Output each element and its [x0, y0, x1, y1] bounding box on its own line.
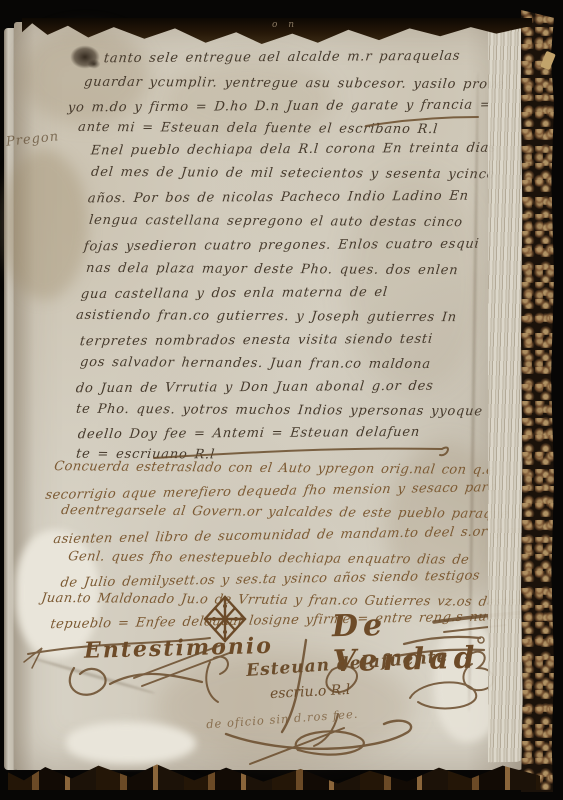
certification-line: deentregarsele al Govern.or yalcaldes de…	[60, 503, 529, 522]
body-line: yo m.do y firmo = D.ho D.n Juan de garat…	[67, 98, 492, 116]
certification-line: Concuerda estetraslado con el Auto ypreg…	[53, 459, 495, 478]
notarial-sign-icon	[202, 594, 248, 644]
body-line: fojas ysedieron cuatro pregones. Enlos c…	[83, 237, 480, 255]
torn-paper-patch	[66, 722, 196, 764]
certification-line: Genl. ques fho enestepueblo dechiapa enq…	[67, 549, 470, 568]
body-line: años. Por bos de nicolas Pacheco Indio L…	[87, 189, 469, 207]
body-line: lengua castellana sepregono el auto dest…	[88, 213, 463, 230]
manuscript-photo: Pregon tanto sele entregue ael alcalde m…	[0, 0, 563, 800]
body-line: do Juan de Vrrutia y Don Juan abonal g.o…	[75, 379, 434, 396]
body-line: deello Doy fee = Antemi = Esteuan delafu…	[77, 425, 421, 442]
certification-line: asienten enel libro de sucomunidad de ma…	[53, 524, 523, 547]
body-line: terpretes nombrados enesta visita siendo…	[79, 332, 434, 349]
ink-blot	[66, 42, 104, 72]
body-line: asistiendo fran.co gutierres. y Joseph g…	[75, 308, 457, 325]
body-line: tanto sele entregue ael alcalde m.r para…	[103, 49, 461, 66]
body-line: del mes de Junio de mil setecientos y se…	[90, 165, 496, 182]
top-edge-mark: o n	[272, 20, 298, 30]
marbled-cover-edge	[521, 10, 554, 792]
body-line: guardar ycumplir. yentregue asu subcesor…	[83, 75, 505, 93]
signature-footnote: de oficio sin d.ros fee.	[206, 707, 359, 732]
body-line: nas dela plaza mayor deste Pho. ques. do…	[85, 261, 459, 278]
margin-note: Pregon	[5, 129, 59, 149]
paper-stain	[0, 150, 88, 300]
notarial-sign-spacer	[283, 645, 323, 646]
signature-title: escriu.o R.l	[270, 682, 351, 702]
manuscript-page: Pregon tanto sele entregue ael alcalde m…	[14, 22, 528, 770]
certification-line: de Julio demilysett.os y ses.ta ysinco a…	[60, 568, 481, 590]
body-line: Enel pueblo dechiapa dela R.l corona En …	[90, 141, 497, 159]
body-line: ante mi = Esteuan dela fuente el escriba…	[77, 120, 438, 137]
body-line: gos salvador hernandes. Juan fran.co mal…	[79, 355, 431, 372]
page-stack-edges	[488, 24, 524, 762]
body-line: te Pho. ques. yotros muchos Indios ypers…	[75, 402, 483, 419]
body-line: gua castellana y dos enla materna de el	[80, 285, 388, 302]
certification-line: secorrigio aque merefiero dequeda fho me…	[45, 480, 498, 503]
